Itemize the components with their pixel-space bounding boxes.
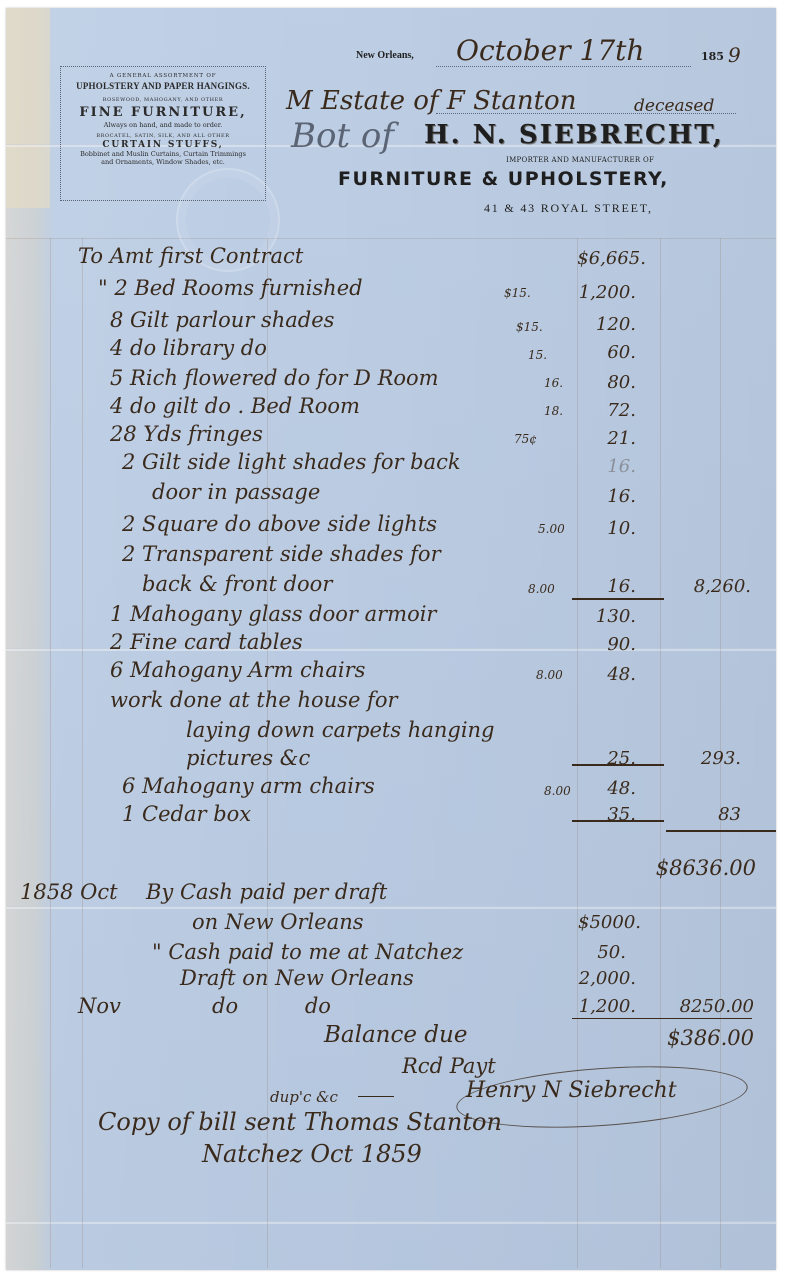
- advert-heading: CURTAIN STUFFS,: [61, 140, 265, 150]
- subtotal-rule: [572, 820, 664, 822]
- balance-label: Balance due: [324, 1022, 467, 1048]
- total-rule: [666, 830, 776, 832]
- advert-line: A GENERAL ASSORTMENT OF: [61, 73, 265, 79]
- charge-desc: laying down carpets hanging: [186, 718, 495, 742]
- charge-amount: 48.: [546, 664, 636, 685]
- grand-total: $8636.00: [636, 856, 756, 880]
- firm-address: 41 & 43 ROYAL STREET,: [484, 201, 653, 216]
- dash: [358, 1096, 394, 1097]
- credit-desc: Draft on New Orleans: [180, 966, 414, 990]
- charge-desc: 2 Transparent side shades for: [122, 542, 441, 566]
- year-printed: 185: [701, 50, 724, 63]
- charge-desc: door in passage: [152, 480, 320, 504]
- charge-amount: 72.: [546, 400, 636, 421]
- buyer-name: M Estate of F Stanton: [286, 86, 576, 116]
- advert-line: Always on hand, and made to order.: [61, 121, 265, 129]
- charge-desc: work done at the house for: [110, 688, 398, 712]
- credit-desc: on New Orleans: [192, 910, 364, 934]
- charge-desc: pictures &c: [186, 746, 310, 770]
- charge-amount: 25.: [546, 748, 636, 769]
- charge-amount: 10.: [546, 518, 636, 539]
- charge-amount: 130.: [546, 606, 636, 627]
- balance-amount: $386.00: [636, 1026, 754, 1050]
- credit-amount: 1,200.: [546, 996, 636, 1017]
- charge-subtotal: 83: [661, 804, 741, 825]
- charge-desc: To Amt first Contract: [78, 244, 303, 268]
- year-handwritten: 9: [728, 43, 741, 67]
- copy-note-line1: Copy of bill sent Thomas Stanton: [98, 1108, 502, 1136]
- credit-desc: By Cash paid per draft: [146, 880, 387, 904]
- invoice-paper: A GENERAL ASSORTMENT OF UPHOLSTERY AND P…: [6, 8, 776, 1270]
- advert-line: Bobbinet and Muslin Curtains, Curtain Tr…: [61, 150, 265, 158]
- credit-date: 1858 Oct: [20, 880, 118, 904]
- buyer-note: deceased: [634, 96, 714, 116]
- ledger-rule: [6, 238, 776, 239]
- firm-trade: FURNITURE & UPHOLSTERY,: [338, 168, 669, 190]
- received-payment: Rcd Payt: [402, 1054, 496, 1078]
- charge-amount: 48.: [546, 778, 636, 799]
- charge-amount: 90.: [546, 634, 636, 655]
- charge-rate: 75¢: [514, 432, 537, 446]
- charge-desc: 6 Mahogany arm chairs: [122, 774, 375, 798]
- advert-line: ROSEWOOD, MAHOGANY, AND OTHER: [61, 97, 265, 103]
- credit-amount: 2,000.: [546, 968, 636, 989]
- city-label: New Orleans,: [356, 50, 414, 61]
- charge-amount: 16.: [546, 486, 636, 507]
- credit-amount: 50.: [546, 942, 626, 963]
- advert-heading: FINE FURNITURE,: [61, 105, 265, 120]
- charge-rate: $15.: [516, 320, 543, 334]
- charge-desc: 2 Square do above side lights: [122, 512, 437, 536]
- credit-amount: $5000.: [546, 912, 641, 933]
- invoice-date: October 17th: [456, 34, 644, 67]
- advert-line: BROCATEL, SATIN, SILK, AND ALL OTHER: [61, 133, 265, 139]
- paper-stain-top: [6, 8, 50, 208]
- charge-rate: $15.: [504, 286, 531, 300]
- charge-amount: 80.: [546, 372, 636, 393]
- ledger-rule: [50, 238, 51, 1268]
- charge-subtotal: 8,260.: [661, 576, 751, 597]
- duplicate-note: dup'c &c: [270, 1088, 338, 1106]
- charge-desc: back & front door: [142, 572, 332, 596]
- charge-desc: 8 Gilt parlour shades: [110, 308, 334, 332]
- charge-desc: 1 Mahogany glass door armoir: [110, 602, 436, 626]
- subtotal-rule: [572, 764, 664, 766]
- charge-desc: 2 Gilt side light shades for back: [122, 450, 461, 474]
- bought-of-label: Bot of: [291, 116, 394, 156]
- charge-desc: " 2 Bed Rooms furnished: [98, 276, 363, 300]
- charge-desc: 4 do gilt do . Bed Room: [110, 394, 360, 418]
- charge-desc: 4 do library do: [110, 336, 267, 360]
- charge-amount: 35.: [546, 804, 636, 825]
- charge-amount: $6,665.: [546, 248, 646, 269]
- charge-desc: 28 Yds fringes: [110, 422, 263, 446]
- advert-box: A GENERAL ASSORTMENT OF UPHOLSTERY AND P…: [60, 66, 266, 201]
- advert-line: UPHOLSTERY AND PAPER HANGINGS.: [61, 81, 265, 91]
- charge-subtotal: 293.: [661, 748, 741, 769]
- charge-amount: 120.: [546, 314, 636, 335]
- ledger-rule: [82, 238, 83, 1268]
- charge-amount: 16.: [546, 576, 636, 597]
- firm-subtitle: IMPORTER AND MANUFACTURER OF: [506, 156, 654, 164]
- charge-amount: 60.: [546, 342, 636, 363]
- credit-total: 8250.00: [636, 996, 754, 1017]
- date-line: [436, 66, 691, 67]
- charge-desc: 1 Cedar box: [122, 802, 251, 826]
- subtotal-rule: [572, 598, 664, 600]
- charge-amount: 21.: [546, 428, 636, 449]
- charge-amount-faded: 16.: [546, 456, 636, 477]
- charge-amount: 1,200.: [546, 282, 636, 303]
- advert-line: and Ornaments, Window Shades, etc.: [61, 158, 265, 166]
- credit-rule: [572, 1018, 752, 1019]
- charge-desc: 6 Mahogany Arm chairs: [110, 658, 365, 682]
- credit-desc: " Cash paid to me at Natchez: [152, 940, 463, 964]
- credit-desc: do do: [212, 994, 331, 1018]
- copy-note-line2: Natchez Oct 1859: [202, 1140, 422, 1168]
- charge-desc: 2 Fine card tables: [110, 630, 303, 654]
- charge-desc: 5 Rich flowered do for D Room: [110, 366, 439, 390]
- firm-name: H. N. SIEBRECHT,: [424, 120, 724, 150]
- charge-rate: 15.: [528, 348, 547, 362]
- credit-date: Nov: [78, 994, 121, 1018]
